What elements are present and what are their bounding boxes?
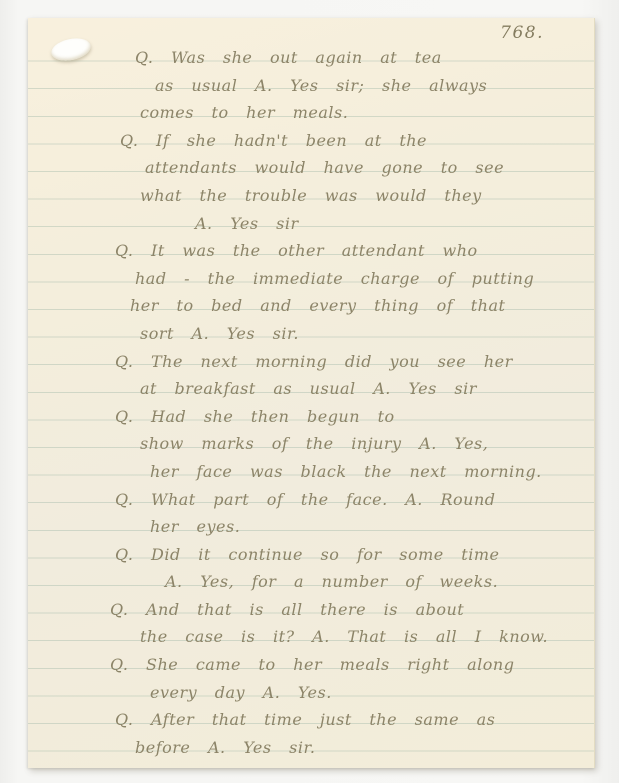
handwritten-line: comes to her meals. (28, 99, 592, 127)
handwritten-line: had - the immediate charge of putting (28, 265, 592, 293)
handwritten-line: Q. Did it continue so for some time (28, 541, 592, 569)
handwriting-text: Q. Was she out again at tea as usual A. … (28, 44, 592, 761)
handwritten-line: Q. It was the other attendant who (28, 237, 592, 265)
page-number: 768. (500, 23, 544, 43)
handwritten-line: Q. After that time just the same as (28, 706, 592, 734)
handwritten-line: Q. Had she then begun to (28, 403, 592, 431)
handwritten-line: Q. She came to her meals right along (28, 651, 592, 679)
handwritten-line: show marks of the injury A. Yes, (28, 430, 592, 458)
handwritten-line: at breakfast as usual A. Yes sir (28, 375, 592, 403)
handwritten-line: her face was black the next morning. (28, 458, 592, 486)
handwritten-line: as usual A. Yes sir; she always (28, 72, 592, 100)
handwritten-line: the case is it? A. That is all I know. (28, 623, 592, 651)
manuscript-page: 768. Q. Was she out again at tea as usua… (28, 18, 595, 768)
handwritten-line: before A. Yes sir. (28, 734, 592, 762)
handwritten-line: Q. And that is all there is about (28, 596, 592, 624)
handwritten-line: A. Yes sir (28, 210, 592, 238)
handwritten-line: what the trouble was would they (28, 182, 592, 210)
handwritten-line: A. Yes, for a number of weeks. (28, 568, 592, 596)
handwritten-line: her to bed and every thing of that (28, 292, 592, 320)
handwritten-line: attendants would have gone to see (28, 154, 592, 182)
handwritten-line: her eyes. (28, 513, 592, 541)
handwritten-line: Q. Was she out again at tea (28, 44, 592, 72)
handwritten-line: every day A. Yes. (28, 679, 592, 707)
handwritten-line: Q. What part of the face. A. Round (28, 486, 592, 514)
handwritten-line: Q. The next morning did you see her (28, 348, 592, 376)
handwritten-line: sort A. Yes sir. (28, 320, 592, 348)
handwritten-line: Q. If she hadn't been at the (28, 127, 592, 155)
